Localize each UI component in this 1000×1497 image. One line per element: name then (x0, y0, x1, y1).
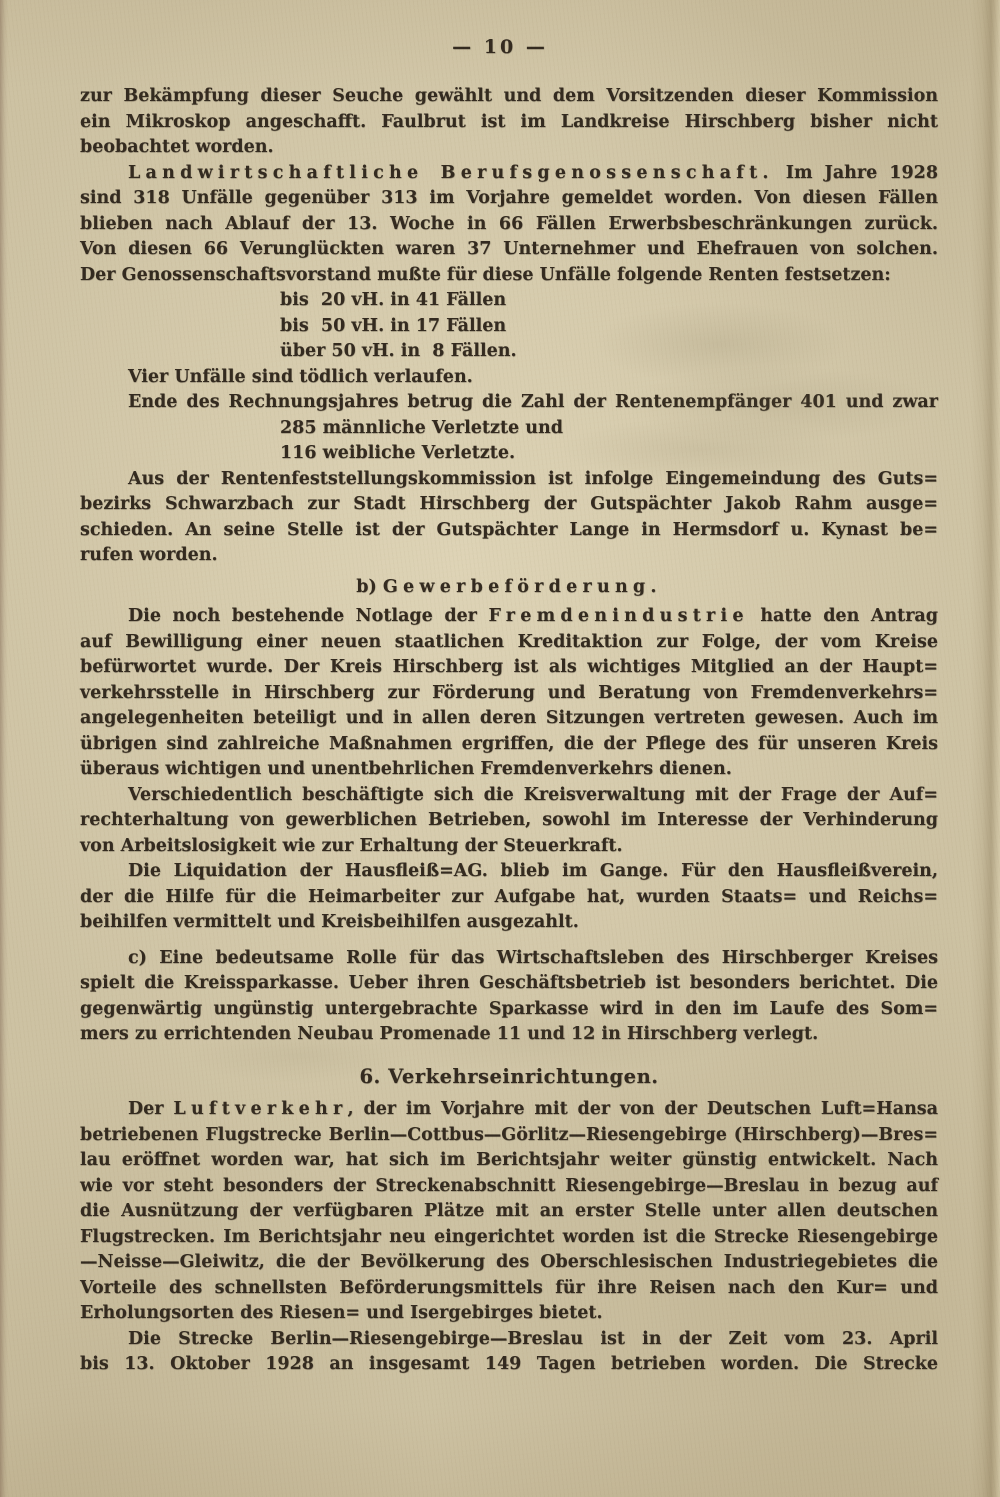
text-line: zur Bekämpfung dieser Seuche gewählt und… (80, 84, 938, 110)
letterspaced-text: Gewerbeförderung. (383, 577, 662, 597)
text-line: Die noch bestehende Notlage der Fremdeni… (80, 604, 938, 630)
value-list: bis 20 vH. in 41 Fällenbis 50 vH. in 17 … (80, 288, 938, 365)
paragraph: Die Liquidation der Hausfleiß=AG. blieb … (80, 859, 938, 936)
page-edge-right-shadow (970, 0, 1000, 1497)
text-line: rechterhaltung von gewerblichen Betriebe… (80, 808, 938, 834)
text-line: Erholungsorten des Riesen= und Isergebir… (80, 1301, 938, 1327)
paragraph: Aus der Rentenfeststellungskommission is… (80, 467, 938, 569)
text-line: betriebenen Flugstrecke Berlin—Cottbus—G… (80, 1123, 938, 1149)
text-line: Flugstrecken. Im Berichtsjahr neu einger… (80, 1225, 938, 1251)
text-line: Ende des Rechnungsjahres betrug die Zahl… (80, 390, 938, 416)
text-line: blieben nach Ablauf der 13. Woche in 66 … (80, 212, 938, 238)
text-line: lau eröffnet worden war, hat sich im Ber… (80, 1148, 938, 1174)
text-line: Die Strecke Berlin—Riesengebirge—Breslau… (80, 1327, 938, 1353)
text-line: 6. Verkehrseinrichtungen. (80, 1064, 938, 1090)
text-line: bis 50 vH. in 17 Fällen (280, 314, 938, 340)
page-body: zur Bekämpfung dieser Seuche gewählt und… (80, 84, 938, 1378)
text-line: Von diesen 66 Verunglückten waren 37 Unt… (80, 237, 938, 263)
text-line: über 50 vH. in 8 Fällen. (280, 339, 938, 365)
text-line: Verschiedentlich beschäftigte sich die K… (80, 783, 938, 809)
letterspaced-text: Landwirtschaftliche Berufsgenossenschaft… (128, 163, 774, 183)
text-line: sind 318 Unfälle gegenüber 313 im Vorjah… (80, 186, 938, 212)
text-line: beihilfen vermittelt und Kreisbeihilfen … (80, 910, 938, 936)
text-line: von Arbeitslosigkeit wie zur Erhaltung d… (80, 834, 938, 860)
text-line: überaus wichtigen und unentbehrlichen Fr… (80, 757, 938, 783)
text-line: mers zu errichtenden Neubau Promenade 11… (80, 1022, 938, 1048)
text-line: wie vor steht besonders der Streckenabsc… (80, 1174, 938, 1200)
paragraph: Ende des Rechnungsjahres betrug die Zahl… (80, 390, 938, 416)
text-line: Aus der Rentenfeststellungskommission is… (80, 467, 938, 493)
text-line: b) Gewerbeförderung. (80, 575, 938, 601)
paragraph: Vier Unfälle sind tödlich verlaufen. (80, 365, 938, 391)
text-line: angelegenheiten beteiligt und in allen d… (80, 706, 938, 732)
text-line: c) Eine bedeutsame Rolle für das Wirtsch… (80, 946, 938, 972)
value-list: 285 männliche Verletzte und116 weibliche… (80, 416, 938, 467)
text-line: —Neisse—Gleiwitz, die der Bevölkerung de… (80, 1250, 938, 1276)
text-line: Der Genossenschaftsvorstand mußte für di… (80, 263, 938, 289)
text-line: befürwortet wurde. Der Kreis Hirschberg … (80, 655, 938, 681)
text-line: Die Liquidation der Hausfleiß=AG. blieb … (80, 859, 938, 885)
text-line: rufen worden. (80, 543, 938, 569)
text-line: verkehrsstelle in Hirschberg zur Förderu… (80, 681, 938, 707)
paragraph: Der Luftverkehr, der im Vorjahre mit der… (80, 1097, 938, 1327)
text-line: der die Hilfe für die Heimarbeiter zur A… (80, 885, 938, 911)
paragraph: Die noch bestehende Notlage der Fremdeni… (80, 604, 938, 783)
page-edge-left-shadow (0, 0, 8, 1497)
text-line: Vier Unfälle sind tödlich verlaufen. (80, 365, 938, 391)
text-line: bezirks Schwarzbach zur Stadt Hirschberg… (80, 492, 938, 518)
text-line: Der Luftverkehr, der im Vorjahre mit der… (80, 1097, 938, 1123)
paragraph: Die Strecke Berlin—Riesengebirge—Breslau… (80, 1327, 938, 1378)
letterspaced-text: Fremdenindustrie (488, 606, 748, 626)
paragraph: zur Bekämpfung dieser Seuche gewählt und… (80, 84, 938, 161)
text-line: auf Bewilligung einer neuen staatlichen … (80, 630, 938, 656)
text-line: Vorteile des schnellsten Beförderungsmit… (80, 1276, 938, 1302)
text-line: beobachtet worden. (80, 135, 938, 161)
text-line: schieden. An seine Stelle ist der Gutspä… (80, 518, 938, 544)
text-line: die Ausnützung der verfügbaren Plätze mi… (80, 1199, 938, 1225)
text-line: spielt die Kreissparkasse. Ueber ihren G… (80, 971, 938, 997)
text-line: Landwirtschaftliche Berufsgenossenschaft… (80, 161, 938, 187)
sub-heading: b) Gewerbeförderung. (80, 575, 938, 601)
text-line: bis 13. Oktober 1928 an insgesamt 149 Ta… (80, 1352, 938, 1378)
letterspaced-text: Luftverkehr (173, 1099, 347, 1119)
scanned-page: — 10 — zur Bekämpfung dieser Seuche gewä… (0, 0, 1000, 1497)
paragraph: Landwirtschaftliche Berufsgenossenschaft… (80, 161, 938, 289)
text-line: ein Mikroskop angeschafft. Faulbrut ist … (80, 110, 938, 136)
text-line: bis 20 vH. in 41 Fällen (280, 288, 938, 314)
text-line: gegenwärtig ungünstig untergebrachte Spa… (80, 997, 938, 1023)
text-line: 285 männliche Verletzte und (280, 416, 938, 442)
text-line: übrigen sind zahlreiche Maßnahmen ergrif… (80, 732, 938, 758)
page-number: — 10 — (452, 36, 548, 58)
section-heading: 6. Verkehrseinrichtungen. (80, 1064, 938, 1090)
paragraph: Verschiedentlich beschäftigte sich die K… (80, 783, 938, 860)
text-line: 116 weibliche Verletzte. (280, 441, 938, 467)
page-header: — 10 — (0, 0, 1000, 58)
paragraph: c) Eine bedeutsame Rolle für das Wirtsch… (80, 946, 938, 1048)
